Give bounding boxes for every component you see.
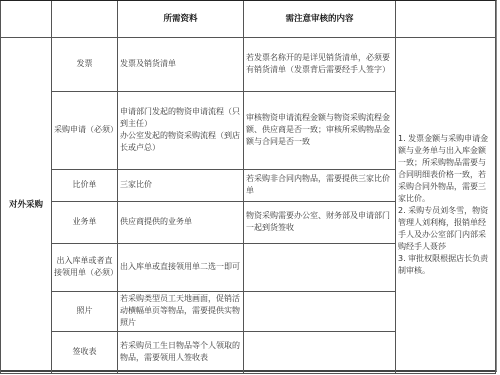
check-cell[interactable]: [244, 243, 396, 291]
item-cell[interactable]: 出入库单或者直接领用单（必须）: [52, 243, 118, 291]
item-cell[interactable]: 发票: [52, 37, 118, 91]
docs-cell[interactable]: 若采购员工生日物品等个人领取的物品，需要领用人签收表: [118, 331, 244, 373]
check-cell[interactable]: [244, 291, 396, 331]
item-cell[interactable]: 比价单: [52, 169, 118, 201]
table-row: 对外采购 发票 发票及销货清单 若发票名称开的是详见销货清单，必须要有销货清单（…: [1, 37, 496, 91]
header-cell-blank-1[interactable]: [1, 1, 52, 37]
check-cell[interactable]: 若采购非合同内物品，需要提供三家比价单: [244, 169, 396, 201]
note-line: 1. 发票金额与采购申请金额与业务单与出入库金额一致；所采购物品需要与合同明细表…: [398, 133, 493, 205]
check-cell[interactable]: 物资采购需要办公室、财务部及申请部门一起到货签收: [244, 201, 396, 243]
purchase-audit-table: 所需资料 需注意审核的内容 对外采购 发票 发票及销货清单 若发票名称开的是详见…: [0, 1, 496, 374]
header-row: 所需资料 需注意审核的内容: [1, 1, 496, 37]
check-cell[interactable]: [244, 331, 396, 373]
notes-cell[interactable]: 1. 发票金额与采购申请金额与业务单与出入库金额一致；所采购物品需要与合同明细表…: [396, 37, 496, 373]
docs-cell[interactable]: 三家比价: [118, 169, 244, 201]
docs-cell[interactable]: 申请部门发起的物资申请流程（只到主任） 办公室发起的物资采购流程（到店长或卢总）: [118, 91, 244, 169]
spreadsheet-sheet: 所需资料 需注意审核的内容 对外采购 发票 发票及销货清单 若发票名称开的是详见…: [0, 0, 497, 372]
header-cell-blank-5[interactable]: [396, 1, 496, 37]
item-cell[interactable]: 采购申请（必须）: [52, 91, 118, 169]
docs-cell[interactable]: 供应商提供的业务单: [118, 201, 244, 243]
docs-cell[interactable]: 若采购类型员工天地画面，促销活动横幅单页等物品，需要提供实物照片: [118, 291, 244, 331]
item-cell[interactable]: 签收表: [52, 331, 118, 373]
item-cell[interactable]: 照片: [52, 291, 118, 331]
item-cell[interactable]: 业务单: [52, 201, 118, 243]
check-cell[interactable]: 若发票名称开的是详见销货清单，必须要有销货清单（发票背后需要经手人签字）: [244, 37, 396, 91]
note-line: 3. 审批权限根据店长负责制审核。: [398, 253, 493, 277]
docs-line: 申请部门发起的物资申请流程（只到主任）: [120, 106, 241, 130]
category-cell[interactable]: 对外采购: [1, 37, 52, 373]
check-cell[interactable]: 审核物资申请流程金额与物资采购流程金额、供应商是否一致；审核所采购物品金额与合同…: [244, 91, 396, 169]
docs-cell[interactable]: 发票及销货清单: [118, 37, 244, 91]
docs-line: 办公室发起的物资采购流程（到店长或卢总）: [120, 130, 241, 154]
docs-cell[interactable]: 出入库单或直接领用单二选一即可: [118, 243, 244, 291]
header-required-docs[interactable]: 所需资料: [118, 1, 244, 37]
header-cell-blank-2[interactable]: [52, 1, 118, 37]
note-line: 2. 采购专员刘冬雪，物资管理人刘利梅，报销单经手人及办公室部门内部采购经手人聂…: [398, 205, 493, 253]
header-audit-content[interactable]: 需注意审核的内容: [244, 1, 396, 37]
